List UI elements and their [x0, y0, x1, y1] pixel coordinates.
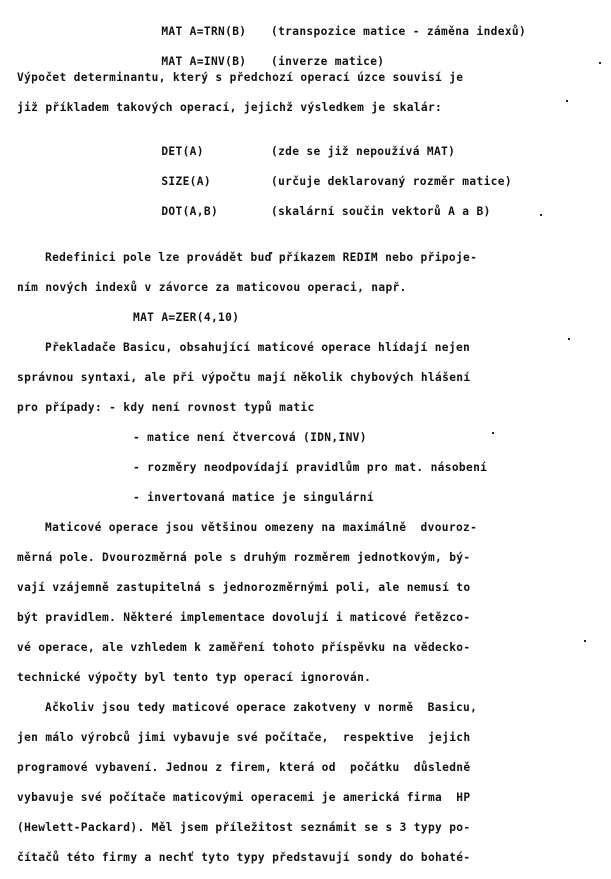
comment: (zde se již nepoužívá MAT) — [271, 145, 455, 159]
scan-speck — [599, 62, 601, 64]
scan-speck — [492, 432, 494, 434]
text-line: čítačů této firmy a nechť tyto typy před… — [17, 851, 470, 865]
text-line: (Hewlett-Packard). Měl jsem příležitost … — [17, 821, 470, 835]
text-line: být pravidlem. Některé implementace dovo… — [17, 611, 470, 625]
text-line: technické výpočty byl tento typ operací … — [17, 671, 371, 685]
text-line: vybavuje své počítače maticovými operace… — [17, 791, 470, 805]
code: DOT(A,B) — [161, 205, 218, 218]
text-line: již příkladem takových operací, jejichž … — [17, 101, 442, 115]
comment: (transpozice matice - záměna indexů) — [271, 25, 526, 39]
code: SIZE(A) — [161, 175, 211, 188]
text-line: Překladače Basicu, obsahující maticové o… — [45, 341, 470, 355]
list-item: - rozměry neodpovídají pravidlům pro mat… — [133, 461, 487, 475]
text-line: Redefinici pole lze provádět buď příkaze… — [45, 251, 477, 265]
text-line: programové vybavení. Jednou z firem, kte… — [17, 761, 470, 775]
list-item: - matice není čtvercová (IDN,INV) — [133, 431, 367, 445]
text-line: pro případy: - kdy není rovnost typů mat… — [17, 401, 315, 415]
comment: (skalární součin vektorů A a B) — [271, 205, 491, 219]
text-line: Výpočet determinantu, který s předchozí … — [17, 71, 463, 85]
text-line: vají vzájemně zastupitelná s jednorozměr… — [17, 581, 470, 595]
scan-speck — [540, 214, 542, 216]
text-line: měrná pole. Dvourozměrná pole s druhým r… — [17, 551, 470, 565]
text-line: správnou syntaxi, ale při výpočtu mají n… — [17, 371, 470, 385]
code-line-dot: DOT(A,B)(skalární součin vektorů A a B) — [133, 191, 218, 233]
text-line: vé operace, ale vzhledem k zaměření toho… — [17, 641, 470, 655]
scan-speck — [566, 100, 568, 102]
text-line: jen málo výrobců jimi vybavuje své počít… — [17, 731, 470, 745]
text-line: Maticové operace jsou většinou omezeny n… — [45, 521, 477, 535]
code: MAT A=INV(B) — [161, 55, 246, 68]
comment: (určuje deklarovaný rozměr matice) — [271, 175, 512, 189]
code: MAT A=TRN(B) — [161, 25, 246, 38]
scan-speck — [584, 640, 586, 642]
text-line: ním nových indexů v závorce za maticovou… — [17, 281, 407, 295]
code: DET(A) — [161, 145, 204, 158]
comment: (inverze matice) — [271, 55, 384, 69]
list-item: - invertovaná matice je singulární — [133, 491, 374, 505]
scan-speck — [568, 338, 570, 340]
code-line-zer: MAT A=ZER(4,10) — [133, 311, 239, 325]
text-line: Ačkoliv jsou tedy maticové operace zakot… — [45, 701, 477, 715]
